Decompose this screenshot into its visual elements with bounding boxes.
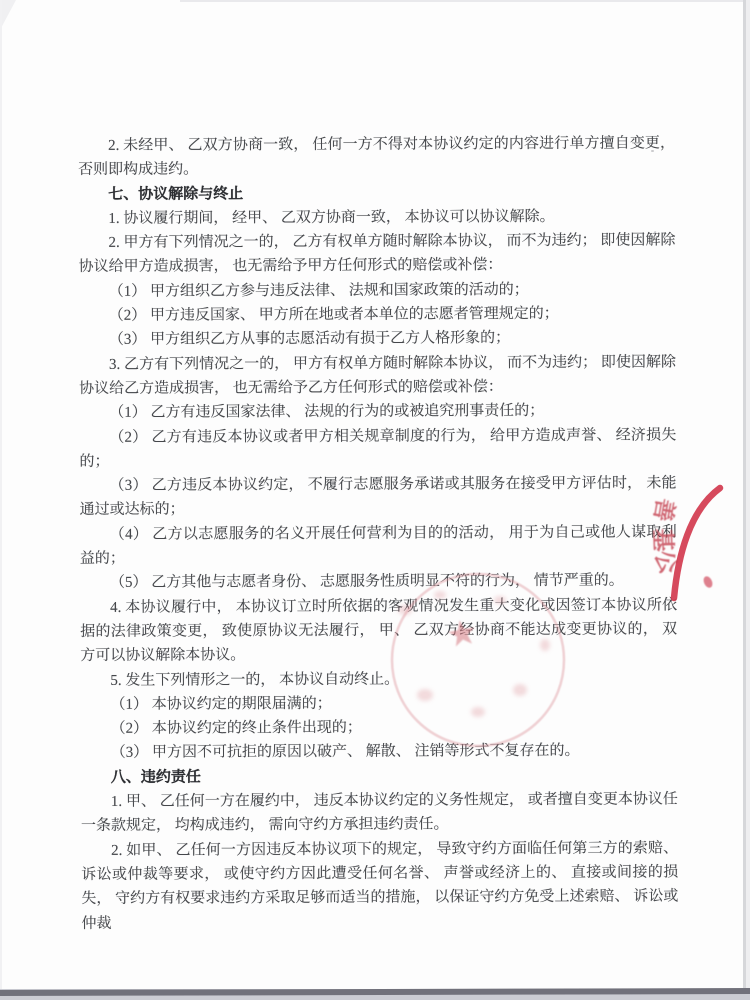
document-body: 2. 未经甲、 乙双方协商一致， 任何一方不得对本协议约定的内容进行单方擅自变更…	[78, 131, 678, 935]
seal-smudge	[540, 639, 550, 651]
red-seal-partial: 善 基 公	[640, 470, 750, 615]
faint-seal	[380, 560, 580, 770]
paragraph: （2） 甲方违反国家、 甲方所在地或者本单位的志愿者管理规定的；	[79, 301, 676, 328]
seal-smudge	[417, 689, 433, 701]
faint-seal-ring	[392, 574, 564, 746]
seal-smudge	[434, 591, 446, 599]
paragraph: 4. 本协议履行中， 本协议订立时所依据的客观情况发生重大变化或因签订本协议所依…	[80, 593, 677, 668]
seal-arc	[674, 488, 720, 598]
section-heading: 七、协议解除与终止	[78, 180, 675, 207]
seal-character: 善	[650, 497, 679, 524]
paragraph: 1. 协议履行期间， 经甲、 乙双方协商一致， 本协议可以协议解除。	[78, 204, 675, 231]
paragraph: （1） 甲方组织乙方参与违反法律、 法规和国家政策的活动的；	[79, 277, 676, 304]
paragraph: （5） 乙方其他与志愿者身份、 志愿服务性质明显不符的行为， 情节严重的。	[80, 569, 677, 596]
page-edge-top	[180, 0, 745, 2]
seal-smudge	[513, 684, 527, 696]
scan-speck	[651, 150, 654, 152]
paragraph: （4） 乙方以志愿服务的名义开展任何营利为目的的活动， 用于为自己或他人谋取利益…	[80, 520, 677, 571]
page-edge-left	[0, 0, 2, 992]
paragraph: 3. 乙方有下列情况之一的， 甲方有权单方随时解除本协议， 而不为违约； 即使因…	[79, 350, 676, 401]
seal-smudge	[494, 596, 506, 604]
paragraph: 1. 甲、 乙任何一方在履约中， 违反本协议约定的义务性规定， 或者擅自变更本协…	[81, 787, 678, 838]
paragraph: 5. 发生下列情形之一的， 本协议自动终止。	[80, 666, 677, 693]
star-icon	[446, 618, 477, 648]
paragraph: 2. 如甲、 乙任何一方因违反本协议项下的规定， 导致守约方面临任何第三方的索赔…	[81, 836, 678, 936]
paragraph: （1） 乙方有违反国家法律、 法规的行为的或被追究刑事责任的；	[79, 399, 676, 426]
seal-smudge	[398, 605, 412, 615]
paragraph: 2. 未经甲、 乙双方协商一致， 任何一方不得对本协议约定的内容进行单方擅自变更…	[78, 131, 675, 182]
paragraph: （1） 本协议约定的期限届满的；	[80, 690, 677, 717]
paragraph: （3） 乙方违反本协议约定， 不履行志愿服务承诺或其服务在接受甲方评估时， 未能…	[79, 472, 676, 523]
paragraph: （2） 乙方有违反本协议或者甲方相关规章制度的行为， 给甲方造成声誉、 经济损失…	[79, 423, 676, 474]
seal-smudge	[471, 707, 485, 717]
paragraph: （3） 甲方组织乙方从事的志愿活动有损于乙方人格形象的；	[79, 326, 676, 353]
page-edge-right-outer	[746, 0, 750, 1000]
paragraph: 2. 甲方有下列情况之一的， 乙方有权单方随时解除本协议， 而不为违约； 即使因…	[78, 229, 675, 280]
seal-ink-blob	[702, 575, 714, 589]
